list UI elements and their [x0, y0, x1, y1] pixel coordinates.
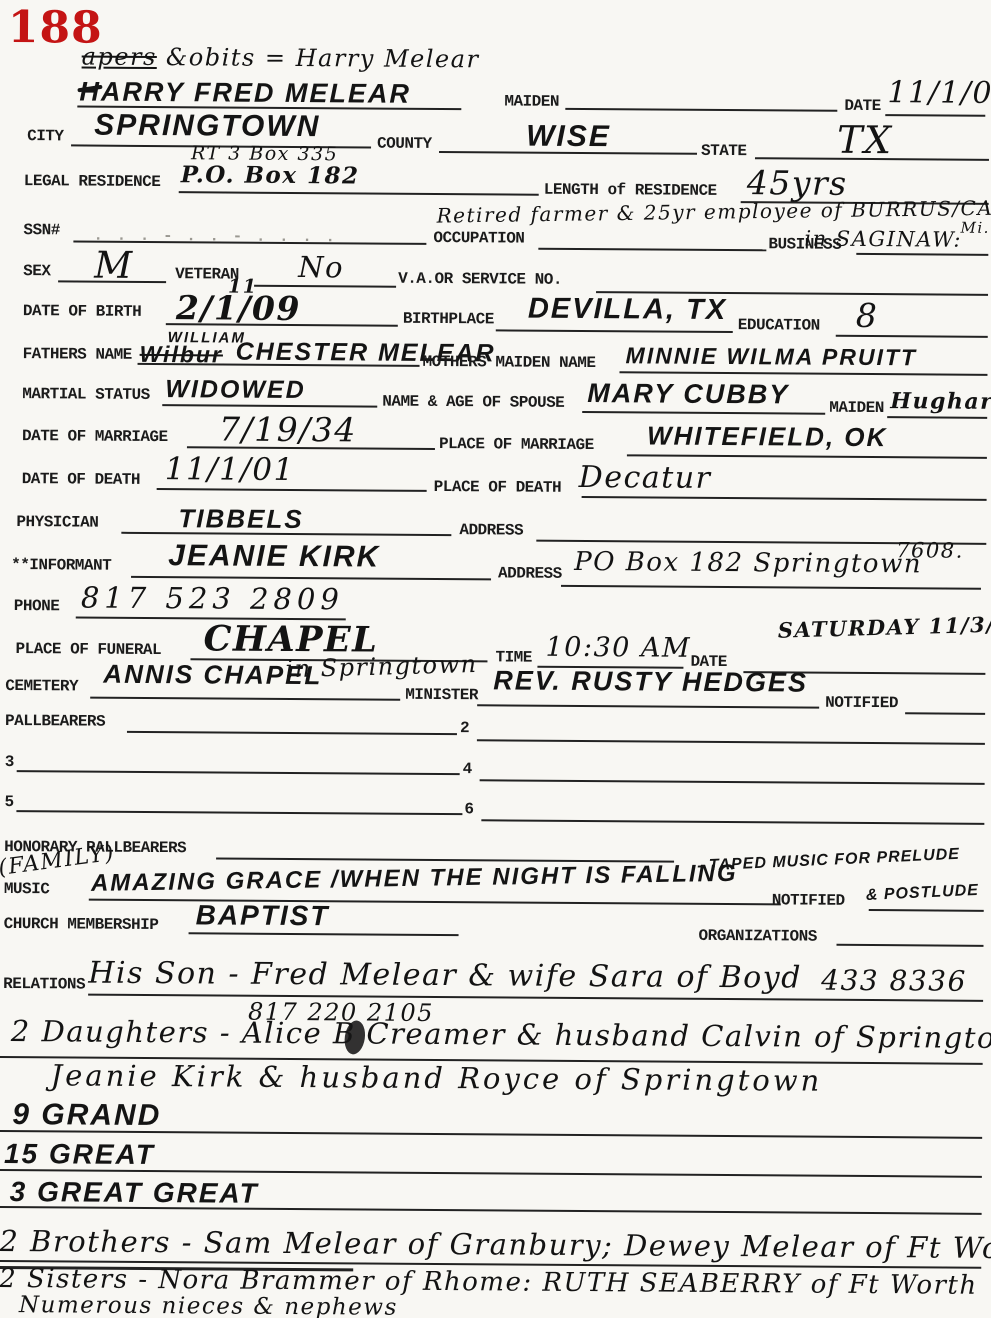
- form-line: [627, 454, 987, 459]
- date-value: 11/1/01: [887, 75, 991, 111]
- minister-label: MINISTER: [405, 686, 478, 705]
- spouse-maiden-label: MAIDEN: [829, 399, 884, 417]
- informant-address-zip: 7608.: [896, 538, 964, 562]
- fathers-name-label: FATHERS NAME: [23, 345, 132, 364]
- va-service-label: V.A.OR SERVICE NO.: [398, 270, 562, 289]
- form-line: [189, 932, 459, 936]
- informant-value: JEANIE KIRK: [168, 539, 380, 574]
- music-value: AMAZING GRACE /WHEN THE NIGHT IS FALLING: [91, 860, 738, 898]
- pallbearers-label: PALLBEARERS: [5, 712, 105, 731]
- form-line: [162, 404, 377, 408]
- marital-status-value: WIDOWED: [165, 375, 306, 405]
- education-label: EDUCATION: [738, 316, 820, 335]
- form-line: [496, 329, 733, 333]
- form-line: [0, 1130, 982, 1139]
- form-line: [439, 151, 697, 155]
- form-line: [16, 810, 462, 815]
- relation-son-phone: 433 8336: [821, 964, 967, 998]
- city-label: CITY: [27, 127, 64, 145]
- form-line: [856, 253, 988, 256]
- top-note-rest: &obits = Harry Melear: [166, 43, 480, 73]
- place-death-label: PLACE OF DEATH: [434, 478, 562, 497]
- top-note-struck: apers: [82, 43, 157, 72]
- music-notified-label: NOTIFIED: [772, 891, 845, 910]
- form-line: [179, 191, 539, 196]
- form-line: [887, 416, 987, 419]
- form-line: [477, 704, 819, 708]
- county-value: WISE: [526, 120, 611, 155]
- form-line: [885, 114, 985, 117]
- date-marriage-label: DATE OF MARRIAGE: [22, 427, 168, 446]
- place-death-value: Decatur: [579, 460, 712, 496]
- mothers-maiden-value: MINNIE WILMA PRUITT: [626, 342, 918, 371]
- spouse-value: MARY CUBBY: [587, 378, 789, 410]
- scan-skew-wrapper: 188 apers &obits = Harry Melear HARRY FR…: [0, 0, 991, 1318]
- church-membership-label: CHURCH MEMBERSHIP: [4, 915, 159, 934]
- date-label: DATE: [844, 97, 881, 115]
- physician-address-label: ADDRESS: [459, 521, 523, 539]
- notified-label: NOTIFIED: [825, 694, 898, 713]
- form-line: [538, 248, 766, 252]
- state-value: TX: [837, 118, 893, 162]
- dob-label: DATE OF BIRTH: [23, 302, 141, 321]
- music-notified-value: & POSTLUDE: [866, 882, 980, 905]
- birthplace-label: BIRTHPLACE: [403, 310, 494, 329]
- length-residence-label: LENGTH of RESIDENCE: [544, 181, 717, 200]
- form-line: [131, 576, 491, 581]
- pallbearer-3-label: 3: [5, 753, 14, 771]
- minister-value: REV. RUSTY HEDGES: [493, 665, 808, 698]
- pallbearer-2-label: 2: [460, 719, 469, 737]
- organizations-label: ORGANIZATIONS: [698, 927, 816, 946]
- phone-label: PHONE: [14, 597, 60, 615]
- business-value: in SAGINAW:: [804, 227, 962, 252]
- date-death-label: DATE OF DEATH: [22, 470, 140, 489]
- form-line: [477, 739, 985, 745]
- form-line: [561, 585, 981, 590]
- place-marriage-label: PLACE OF MARRIAGE: [439, 435, 594, 454]
- music-note-right: - TAPED MUSIC FOR PRELUDE: [697, 846, 960, 876]
- funeral-date-note: SATURDAY 11/3/01: [777, 611, 991, 643]
- place-funeral-label: PLACE OF FUNERAL: [15, 640, 161, 659]
- form-line: [869, 909, 984, 912]
- occupation-note2: Mi.: [960, 219, 990, 237]
- birthplace-value: DEVILLA, TX: [528, 293, 727, 327]
- length-residence-value: 45yrs: [747, 163, 848, 203]
- form-line: [619, 371, 987, 376]
- pallbearer-6-label: 6: [464, 800, 473, 818]
- veteran-value: No: [298, 250, 344, 284]
- county-label: COUNTY: [377, 135, 432, 153]
- form-line: [157, 488, 427, 492]
- form-line: [905, 712, 985, 715]
- church-membership-value: BAPTIST: [196, 899, 330, 932]
- pallbearer-5-label: 5: [4, 793, 13, 811]
- form-line: [17, 770, 460, 775]
- occupation-label: OCCUPATION: [433, 229, 524, 248]
- relations-label: RELATIONS: [3, 975, 85, 994]
- marital-status-label: MARTIAL STATUS: [22, 385, 150, 404]
- education-value: 8: [856, 296, 879, 335]
- informant-label: **INFORMANT: [11, 556, 111, 575]
- music-label: MUSIC: [4, 880, 50, 898]
- informant-address-value: PO Box 182 Springtown: [574, 547, 922, 579]
- informant-address-label: ADDRESS: [498, 564, 562, 582]
- scanned-funeral-record: 188 apers &obits = Harry Melear HARRY FR…: [0, 0, 991, 1318]
- city-value: SPRINGTOWN: [94, 109, 320, 145]
- relation-great-grandchildren: 15 GREAT: [4, 1138, 155, 1171]
- time-label: TIME: [495, 648, 532, 666]
- date-marriage-value: 7/19/34: [219, 409, 357, 449]
- relation-son: His Son - Fred Melear & wife Sara of Boy…: [88, 956, 802, 996]
- form-line: [89, 899, 781, 906]
- form-line: [836, 335, 988, 338]
- date-death-value: 11/1/01: [165, 451, 295, 488]
- form-line: [127, 731, 457, 735]
- form-line: [0, 1206, 982, 1215]
- spouse-label: NAME & AGE OF SPOUSE: [382, 393, 564, 412]
- form-line: [836, 944, 983, 947]
- cemetery-value-cursive: in Springtown: [285, 650, 478, 683]
- form-line: [121, 532, 451, 536]
- form-line: [582, 411, 825, 415]
- legal-residence-value: P.O. Box 182: [181, 161, 360, 189]
- sex-label: SEX: [23, 262, 50, 280]
- form-line: [254, 285, 396, 288]
- time-value: 10:30 AM: [545, 632, 691, 664]
- relation-daughter2: Jeanie Kirk & husband Royce of Springtow…: [50, 1058, 822, 1097]
- dob-value: 2/1/09: [176, 288, 301, 328]
- place-marriage-value: WHITEFIELD, OK: [647, 420, 888, 453]
- phone-value: 817 523 2809: [81, 581, 344, 617]
- physician-label: PHYSICIAN: [16, 513, 98, 532]
- mothers-maiden-label: MOTHERS MAIDEN NAME: [422, 353, 595, 372]
- form-line: [187, 446, 435, 450]
- form-line: [480, 779, 985, 785]
- form-line: [58, 280, 166, 283]
- occupation-note: Retired farmer & 25yr employee of BURRUS…: [436, 195, 991, 228]
- spouse-maiden-value: Hughart: [890, 388, 991, 415]
- relation-grandchildren: 9 GRAND: [12, 1098, 161, 1133]
- relation-nieces: Numerous nieces & nephews: [19, 1292, 398, 1318]
- top-note: apers &obits = Harry Melear: [82, 43, 480, 74]
- form-line: [481, 819, 984, 825]
- state-label: STATE: [701, 142, 747, 160]
- relation-brothers: 2 Brothers - Sam Melear of Granbury; Dew…: [0, 1224, 991, 1265]
- cemetery-label: CEMETERY: [5, 677, 78, 696]
- form-line: [565, 108, 837, 112]
- maiden-label: MAIDEN: [504, 92, 559, 110]
- deceased-name: HARRY FRED MELEAR: [79, 76, 411, 109]
- relation-great-great-grandchildren: 3 GREAT GREAT: [10, 1176, 259, 1210]
- form-line: [90, 697, 400, 701]
- physician-value: TIBBELS: [178, 503, 303, 535]
- form-line: [582, 496, 987, 501]
- relation-daughters: 2 Daughters - Alice B Creamer & husband …: [11, 1014, 991, 1055]
- ssn-label: SSN#: [23, 221, 60, 239]
- legal-residence-label: LEGAL RESIDENCE: [24, 172, 161, 191]
- pallbearer-4-label: 4: [463, 760, 472, 778]
